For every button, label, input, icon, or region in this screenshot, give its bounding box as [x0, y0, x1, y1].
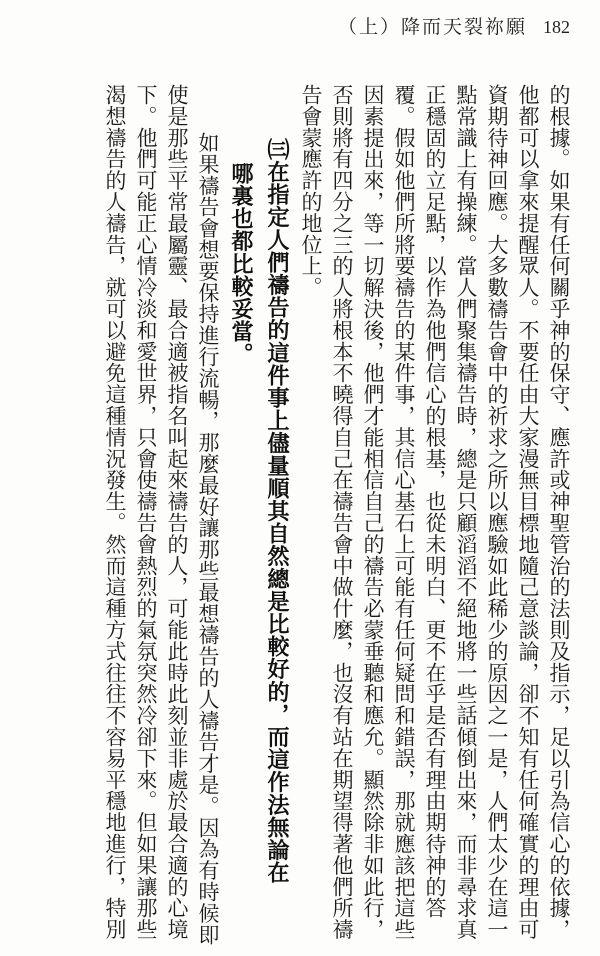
text-column-6: 覆。假如他們所將要禱告的某件事，其信心基石上可能有任何疑問和錯誤，那就應該把這些 — [388, 84, 419, 950]
text-column-4: 點常識上有操練。當人們聚集禱告時，總是只顧滔滔不絕地將一些話傾倒出來，而非尋求真 — [450, 84, 481, 950]
running-head: （上）降而天裂祢願182 — [338, 12, 570, 39]
text-column-11: 使是那些平常最屬靈、最合適被指名叫起來禱告的人，可能此時此刻並非處於最合適的心境 — [161, 84, 192, 950]
text-column-1: 的根據。如果有任何關乎神的保守、應許或神聖管治的法則及指示，足以引為信心的依據， — [543, 84, 574, 950]
section-heading-line-2: 哪裏也都比較妥當。 — [223, 84, 259, 950]
text-column-7: 因素提出來，等一切解決後，他們才能相信自己的禱告必蒙垂聽和應允。顯然除非如此行， — [357, 84, 388, 950]
running-title: （上）降而天裂祢願 — [338, 17, 527, 38]
text-column-3: 資期待神回應。大多數禱告會中的祈求之所以應驗如此稀少的原因之一是，人們太少在這一 — [481, 84, 512, 950]
section-heading-line-1: ㈢在指定人們禱告的這件事上儘量順其自然總是比較好的，而這作法無論在 — [259, 84, 295, 950]
page-number: 182 — [543, 17, 570, 37]
text-column-9: 告會蒙應許的地位上。 — [295, 84, 326, 950]
text-column-2: 他都可以拿來提醒眾人。不要任由大家漫無目標地隨己意談論，卻不知有任何確實的理由可 — [512, 84, 543, 950]
text-column-5: 正穩固的立足點，以作為他們信心的根基，也從未明白、更不在乎是否有理由期待神的答 — [419, 84, 450, 950]
main-text-block: 的根據。如果有任何關乎神的保守、應許或神聖管治的法則及指示，足以引為信心的依據，… — [99, 84, 574, 950]
text-column-8: 否則將有四分之三的人將根本不曉得自己在禱告會中做什麼，也沒有站在期望得著他們所禱 — [326, 84, 357, 950]
text-column-13: 渴想禱告的人禱告，就可以避免這種情況發生。然而這種方式往往不容易平穩地進行，特別 — [99, 84, 130, 950]
text-column-10: 如果禱告會想要保持進行流暢，那麼最好讓那些最想禱告的人禱告才是。因為有時候即 — [192, 84, 223, 950]
text-column-12: 下。他們可能正心情冷淡和愛世界，只會使禱告會熱烈的氣氛突然冷卻下來。但如果讓那些 — [130, 84, 161, 950]
book-page: （上）降而天裂祢願182 的根據。如果有任何關乎神的保守、應許或神聖管治的法則及… — [0, 0, 600, 956]
